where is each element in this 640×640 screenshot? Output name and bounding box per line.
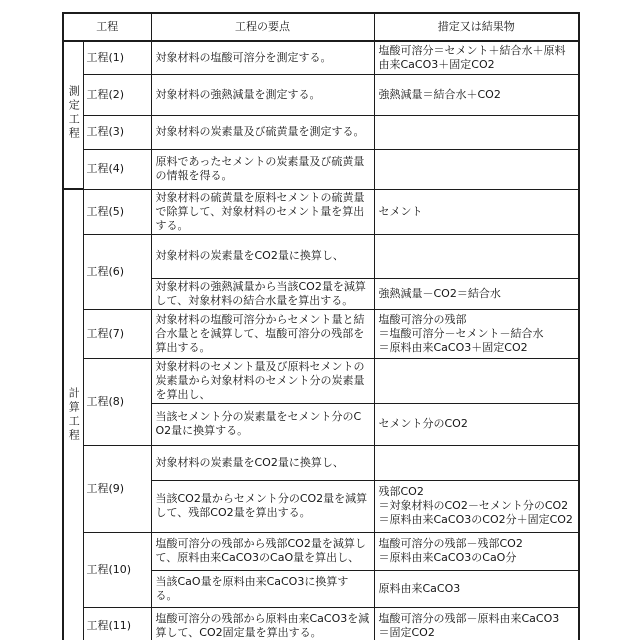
table-row: 工程(6) 対象材料の炭素量をCO2量に換算し、 <box>63 234 579 278</box>
process-6-point-b: 対象材料の強熱減量から当該CO2量を減算して、対象材料の結合水量を算出する。 <box>151 278 374 309</box>
header-result: 措定又は結果物 <box>374 13 579 41</box>
process-1-result: 塩酸可溶分＝セメント＋結合水＋原料由来CaCO3＋固定CO2 <box>374 41 579 74</box>
patent-process-table-page: 工程 工程の要点 措定又は結果物 測定工程 工程(1) 対象材料の塩酸可溶分を測… <box>0 0 640 640</box>
process-7-result: 塩酸可溶分の残部 ＝塩酸可溶分－セメント－結合水 ＝原料由来CaCO3＋固定CO… <box>374 309 579 358</box>
process-9-point-a: 対象材料の炭素量をCO2量に換算し、 <box>151 445 374 480</box>
process-6-result-b: 強熱減量－CO2＝結合水 <box>374 278 579 309</box>
table-row: 工程(2) 対象材料の強熱減量を測定する。 強熱減量＝結合水＋CO2 <box>63 74 579 115</box>
process-11-result: 塩酸可溶分の残部－原料由来CaCO3 ＝固定CO2 <box>374 607 579 640</box>
process-3-number: 工程(3) <box>83 115 151 149</box>
process-9-result-a <box>374 445 579 480</box>
process-7-point: 対象材料の塩酸可溶分からセメント量と結合水量とを減算して、塩酸可溶分の残部を算出… <box>151 309 374 358</box>
process-4-result <box>374 149 579 189</box>
process-10-result-a: 塩酸可溶分の残部－残部CO2 ＝原料由来CaCO3のCaO分 <box>374 532 579 570</box>
process-2-result: 強熱減量＝結合水＋CO2 <box>374 74 579 115</box>
process-1-number: 工程(1) <box>83 41 151 74</box>
process-11-number: 工程(11) <box>83 607 151 640</box>
header-process: 工程 <box>63 13 151 41</box>
process-11-point: 塩酸可溶分の残部から原料由来CaCO3を減算して、CO2固定量を算出する。 <box>151 607 374 640</box>
group-calculation-label: 計算工程 <box>66 387 80 443</box>
process-9-result-b: 残部CO2 ＝対象材料のCO2－セメント分のCO2 ＝原料由来CaCO3のCO2… <box>374 480 579 532</box>
process-2-point: 対象材料の強熱減量を測定する。 <box>151 74 374 115</box>
process-8-point-b: 当該セメント分の炭素量をセメント分のCO2量に換算する。 <box>151 403 374 445</box>
process-8-point-a: 対象材料のセメント量及び原料セメントの炭素量から対象材料のセメント分の炭素量を算… <box>151 358 374 403</box>
process-2-number: 工程(2) <box>83 74 151 115</box>
process-3-point: 対象材料の炭素量及び硫黄量を測定する。 <box>151 115 374 149</box>
process-1-point: 対象材料の塩酸可溶分を測定する。 <box>151 41 374 74</box>
process-4-point: 原料であったセメントの炭素量及び硫黄量の情報を得る。 <box>151 149 374 189</box>
table-row: 測定工程 工程(1) 対象材料の塩酸可溶分を測定する。 塩酸可溶分＝セメント＋結… <box>63 41 579 74</box>
process-9-point-b: 当該CO2量からセメント分のCO2量を減算して、残部CO2量を算出する。 <box>151 480 374 532</box>
process-6-point-a: 対象材料の炭素量をCO2量に換算し、 <box>151 234 374 278</box>
process-9-number: 工程(9) <box>83 445 151 532</box>
table-row: 工程(4) 原料であったセメントの炭素量及び硫黄量の情報を得る。 <box>63 149 579 189</box>
table-row: 工程(7) 対象材料の塩酸可溶分からセメント量と結合水量とを減算して、塩酸可溶分… <box>63 309 579 358</box>
process-10-number: 工程(10) <box>83 532 151 607</box>
process-5-point: 対象材料の硫黄量を原料セメントの硫黄量で除算して、対象材料のセメント量を算出する… <box>151 189 374 234</box>
table-row: 工程(3) 対象材料の炭素量及び硫黄量を測定する。 <box>63 115 579 149</box>
process-8-result-b: セメント分のCO2 <box>374 403 579 445</box>
process-5-number: 工程(5) <box>83 189 151 234</box>
process-6-number: 工程(6) <box>83 234 151 309</box>
group-measurement-label: 測定工程 <box>66 85 80 141</box>
group-measurement: 測定工程 <box>63 41 83 189</box>
process-6-result-a <box>374 234 579 278</box>
process-8-number: 工程(8) <box>83 358 151 445</box>
group-calculation: 計算工程 <box>63 189 83 640</box>
process-5-result: セメント <box>374 189 579 234</box>
process-table: 工程 工程の要点 措定又は結果物 測定工程 工程(1) 対象材料の塩酸可溶分を測… <box>62 12 580 640</box>
process-10-point-a: 塩酸可溶分の残部から残部CO2量を減算して、原料由来CaCO3のCaO量を算出し… <box>151 532 374 570</box>
process-7-number: 工程(7) <box>83 309 151 358</box>
process-4-number: 工程(4) <box>83 149 151 189</box>
process-10-point-b: 当該CaO量を原料由来CaCO3に換算する。 <box>151 570 374 607</box>
table-row: 計算工程 工程(5) 対象材料の硫黄量を原料セメントの硫黄量で除算して、対象材料… <box>63 189 579 234</box>
table-row: 工程(9) 対象材料の炭素量をCO2量に換算し、 <box>63 445 579 480</box>
header-row: 工程 工程の要点 措定又は結果物 <box>63 13 579 41</box>
table-row: 工程(8) 対象材料のセメント量及び原料セメントの炭素量から対象材料のセメント分… <box>63 358 579 403</box>
process-10-result-b: 原料由来CaCO3 <box>374 570 579 607</box>
table-row: 工程(10) 塩酸可溶分の残部から残部CO2量を減算して、原料由来CaCO3のC… <box>63 532 579 570</box>
header-point: 工程の要点 <box>151 13 374 41</box>
table-row: 工程(11) 塩酸可溶分の残部から原料由来CaCO3を減算して、CO2固定量を算… <box>63 607 579 640</box>
process-3-result <box>374 115 579 149</box>
process-8-result-a <box>374 358 579 403</box>
